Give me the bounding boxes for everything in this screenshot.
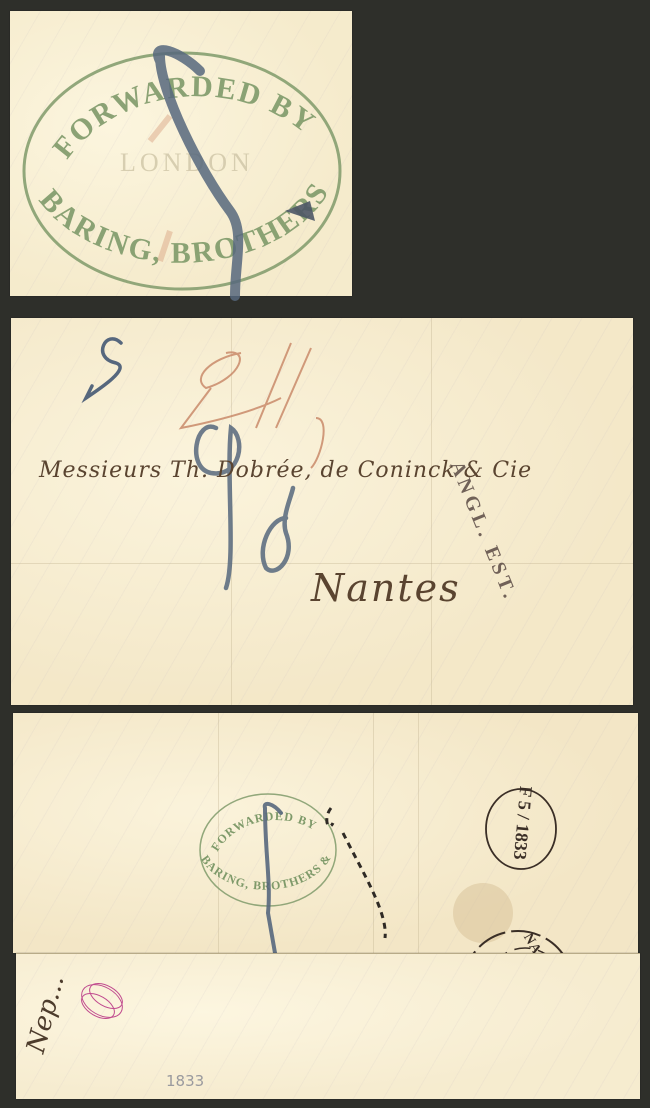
docket-script: Nep... <box>21 972 71 1057</box>
pencil-year-note: 1833 <box>166 1072 204 1090</box>
cover-front-photo: 2/4 96 Messieurs Th. Dobrée, de Coninck … <box>11 318 633 705</box>
cover-back-photo: FORWARDED BY BARING, BROTHERS & Co. F 5 … <box>13 713 638 953</box>
cachet-center-text: LONDON <box>120 148 254 177</box>
blue-96-marking-stroke <box>196 427 293 588</box>
front-markings <box>11 318 633 705</box>
address-line-2: Nantes <box>311 566 461 610</box>
inset-detail-photo: FORWARDED BY BARING, BROTHERS & Co. LOND… <box>10 11 352 296</box>
cachet-bottom-text: BARING, BROTHERS & Co. <box>0 0 340 270</box>
blue-s-mark <box>86 339 121 398</box>
red-rate-marking-stroke <box>181 343 324 468</box>
forwarded-by-cachet-enlarged: FORWARDED BY BARING, BROTHERS & Co. LOND… <box>10 11 352 296</box>
magenta-pencil-mark <box>66 964 186 1044</box>
svg-text:BARING, BROTHERS & Co.: BARING, BROTHERS & Co. <box>0 0 340 270</box>
cover-flap-photo: Nep... 0 1833 <box>16 953 640 1099</box>
